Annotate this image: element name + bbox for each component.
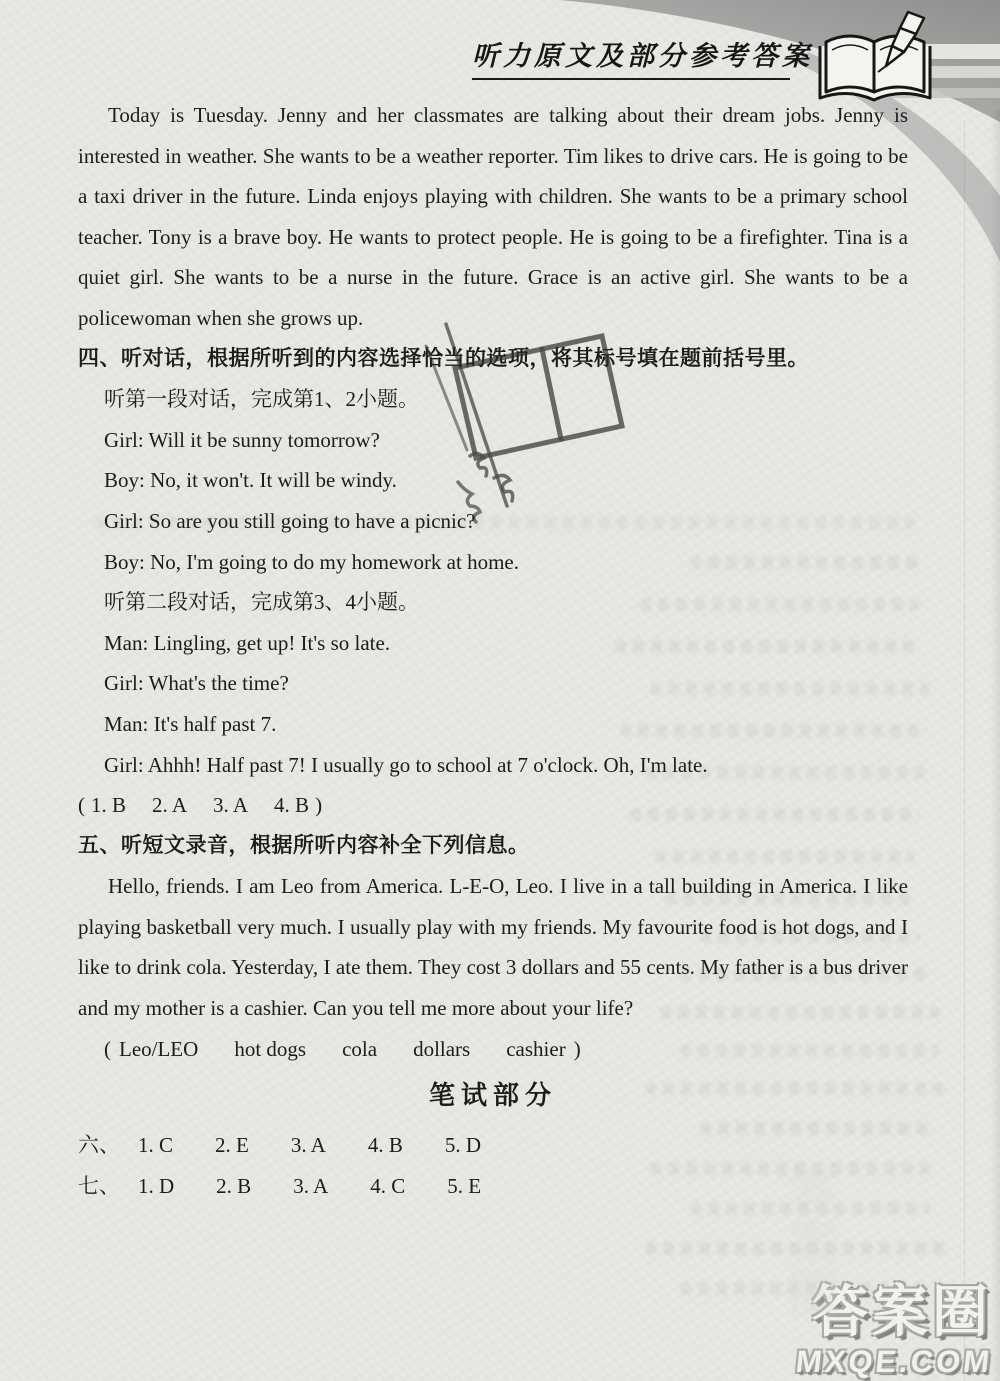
wordbank-word: cola	[342, 1029, 377, 1070]
answer-item: 2. E	[215, 1125, 249, 1166]
watermark: 答案圈 答案圈 MXQE.COM	[796, 1284, 992, 1377]
dialog-line: Boy: No, I'm going to do my homework at …	[78, 542, 908, 583]
wordbank-word: Leo/LEO	[119, 1029, 198, 1070]
section-four-subheading-two: 听第二段对话，完成第3、4小题。	[78, 582, 908, 623]
wordbank-close-paren: )	[574, 1029, 581, 1070]
written-answers-row-six: 六、 1. C 2. E 3. A 4. B 5. D	[78, 1125, 908, 1166]
answers-close-paren: )	[315, 785, 322, 826]
answer-item: 2. A	[152, 785, 187, 826]
section-five-word-bank: (Leo/LEO hot dogs cola dollars cashier)	[78, 1029, 908, 1070]
dialog-line: Man: Lingling, get up! It's so late.	[78, 623, 908, 664]
answer-item: 4. B	[274, 785, 309, 826]
title-underline	[472, 78, 790, 80]
wordbank-word: cashier	[506, 1029, 565, 1070]
page-fold-line	[964, 120, 965, 1381]
row-seven-label: 七、	[78, 1166, 120, 1207]
answer-item: 1. D	[138, 1166, 174, 1207]
section-five-heading: 五、听短文录音，根据所听内容补全下列信息。	[78, 826, 908, 867]
ink-stamp	[370, 310, 670, 530]
dialog-line: Man: It's half past 7.	[78, 704, 908, 745]
written-test-title: 笔试部分	[78, 1073, 908, 1117]
answer-item: 4. C	[370, 1166, 405, 1207]
row-six-label: 六、	[78, 1125, 120, 1166]
watermark-site: MXQE.COM	[794, 1346, 993, 1377]
page-title: 听力原文及部分参考答案	[472, 34, 802, 73]
answer-item: 2. B	[216, 1166, 251, 1207]
answers-open-paren: (	[78, 785, 85, 826]
right-edge-shade	[990, 110, 1000, 1381]
watermark-ghost: 答案圈	[788, 1169, 842, 1319]
listening-passage-dream-jobs: Today is Tuesday. Jenny and her classmat…	[78, 95, 908, 339]
answer-item: 1. C	[138, 1125, 173, 1166]
wordbank-word: hot dogs	[234, 1029, 306, 1070]
answer-item: 3. A	[291, 1125, 326, 1166]
answer-item: 4. B	[368, 1125, 403, 1166]
wordbank-open-paren: (	[104, 1029, 111, 1070]
written-answers-row-seven: 七、 1. D 2. B 3. A 4. C 5. E	[78, 1166, 908, 1207]
answer-item: 5. D	[445, 1125, 481, 1166]
dialog-line: Girl: What's the time?	[78, 663, 908, 704]
dialog-line: Girl: Ahhh! Half past 7! I usually go to…	[78, 745, 908, 786]
answer-item: 3. A	[213, 785, 248, 826]
answer-item: 5. E	[447, 1166, 481, 1207]
page-content: Today is Tuesday. Jenny and her classmat…	[78, 95, 908, 1206]
section-four-answers: (1. B 2. A 3. A 4. B)	[78, 785, 908, 826]
answer-item: 1. B	[91, 785, 126, 826]
wordbank-word: dollars	[413, 1029, 470, 1070]
listening-passage-leo: Hello, friends. I am Leo from America. L…	[78, 866, 908, 1028]
answer-item: 3. A	[293, 1166, 328, 1207]
